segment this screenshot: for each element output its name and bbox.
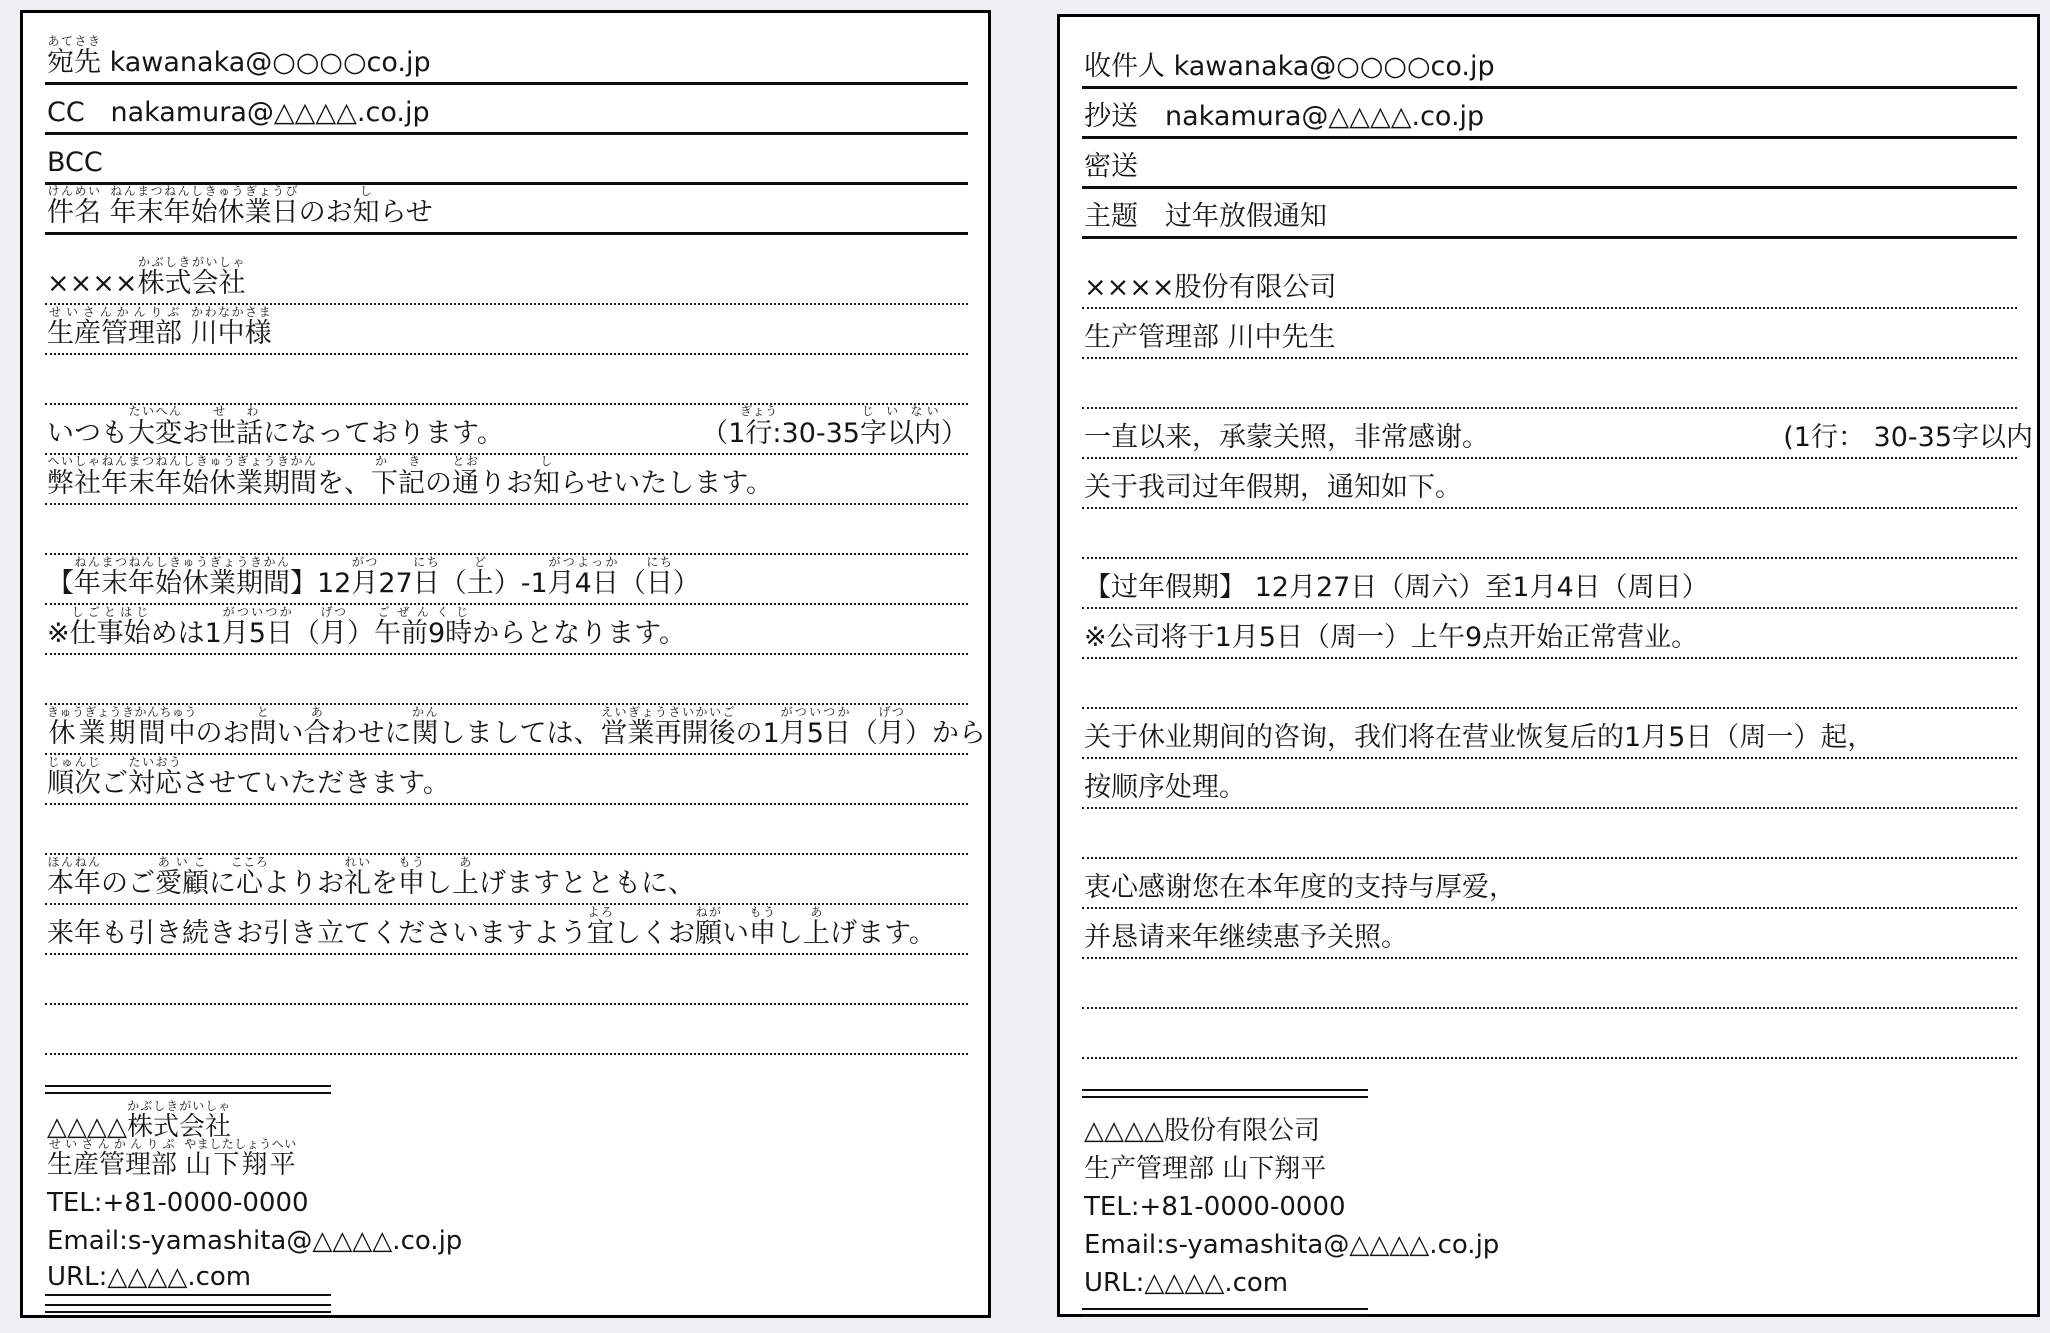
ruby-annotated-text: 問と — [250, 718, 277, 749]
body-line-text: 关于休业期间的咨询，我们将在营业恢复后的1月5日（周一）起， — [1084, 724, 1874, 752]
body-line-row: 并恳请来年继续惠予关照。 — [1082, 909, 2017, 959]
body-line-row: 【年末年始休業期間ねんまつねんしきゅうぎょうきかん】12月がつ27日にち（土ど）… — [45, 555, 968, 605]
body-line-text: 一直以来，承蒙关照，非常感谢。 — [1084, 424, 1489, 452]
text-segment: 关于休业期间的咨询，我们将在营业恢复后的1月5日（周一）起， — [1084, 722, 1874, 753]
signature-line: TEL:+81-0000-0000 — [1082, 1186, 1368, 1224]
ruby-annotated-text: 申もう — [398, 868, 425, 899]
ruby-annotated-text: 午前9時ごぜんくじ — [374, 618, 472, 649]
ruby-annotated-text: 月4日がつよっか — [548, 568, 619, 599]
ruby-annotated-text: 大変たいへん — [128, 418, 182, 449]
body-line-text: 并恳请来年继续惠予关照。 — [1084, 924, 1408, 952]
text-segment: 来年も引き続きお引き立てくださいますよう — [47, 918, 587, 949]
text-segment: し — [776, 918, 803, 949]
body-line-text: 弊社年末年始休業期間へいしゃねんまつねんしきゅうぎょうきかんを、下記か きの通と… — [47, 454, 773, 498]
signature-line: Email:s-yamashita@△△△△.co.jp — [1082, 1224, 1368, 1262]
ruby-annotated-text: 月5日がついつか — [222, 618, 293, 649]
japanese-signature-lines: △△△△株式会社かぶしきがいしゃ生産管理部せいさんかんりぶ 山下翔平やましたしょ… — [45, 1094, 331, 1304]
header-field-text: BCC — [47, 149, 103, 177]
ruby-annotated-text: 下記か き — [371, 468, 425, 499]
text-segment: URL:△△△△.com — [47, 1262, 251, 1292]
body-line-row: 【过年假期】 12月27日（周六）至1月4日（周日） — [1082, 559, 2017, 609]
empty-line-row — [1082, 959, 2017, 1009]
text-segment: い — [277, 718, 304, 749]
text-segment: 抄送 nakamura@△△△△.co.jp — [1084, 101, 1484, 132]
text-segment: のお — [196, 718, 250, 749]
ruby-annotated-text: 心こころ — [236, 868, 263, 899]
ruby-annotated-text: 株式会社かぶしきがいしゃ — [138, 268, 246, 299]
ruby-annotated-text: 月がつ — [351, 568, 378, 599]
signature-bottom-double-rule — [45, 1304, 331, 1313]
header-field-text: CC nakamura@△△△△.co.jp — [47, 99, 430, 127]
body-line-text: 衷心感谢您在本年度的支持与厚爱， — [1084, 874, 1516, 902]
text-segment: BCC — [47, 147, 103, 178]
text-segment: を、 — [317, 468, 371, 499]
body-line-row: いつも大変たいへんお世話せ わになっております。（1行ぎょう:30-35字以内じ… — [45, 405, 968, 455]
text-segment: （ — [293, 618, 320, 649]
signature-line: TEL:+81-0000-0000 — [45, 1182, 331, 1220]
signature-bottom-double-rule — [1082, 1308, 1368, 1317]
body-line-row: 来年も引き続きお引き立てくださいますよう宜よろしくお願ねがい申もうし上あげます。 — [45, 905, 968, 955]
japanese-signature-block: △△△△株式会社かぶしきがいしゃ生産管理部せいさんかんりぶ 山下翔平やましたしょ… — [45, 1085, 331, 1313]
ruby-annotated-text: 申もう — [749, 918, 776, 949]
signature-line-text: △△△△株式会社かぶしきがいしゃ — [47, 1099, 231, 1141]
ruby-annotated-text: 通とお — [452, 468, 479, 499]
text-segment: （ — [851, 718, 878, 749]
empty-line-row — [1082, 809, 2017, 859]
signature-line-text: 生産管理部せいさんかんりぶ 山下翔平やましたしょうへい — [47, 1137, 297, 1179]
ruby-annotated-text: 年末年始休業期間ねんまつねんしきゅうぎょうきかん — [74, 568, 290, 599]
ruby-annotated-text: 月げつ — [878, 718, 905, 749]
ruby-annotated-text: 順次じゅんじ — [47, 768, 101, 799]
signature-line-text: Email:s-yamashita@△△△△.co.jp — [47, 1228, 462, 1255]
text-segment: ） — [673, 568, 700, 599]
chinese-signature-block: △△△△股份有限公司生产管理部 山下翔平TEL:+81-0000-0000Ema… — [1082, 1089, 1368, 1317]
text-segment: 【 — [47, 568, 74, 599]
header-field-row: CC nakamura@△△△△.co.jp — [45, 85, 968, 135]
signature-line-text: TEL:+81-0000-0000 — [47, 1190, 309, 1217]
text-segment: Email:s-yamashita@△△△△.co.jp — [47, 1226, 462, 1256]
text-segment: させていただきます。 — [182, 768, 450, 799]
text-segment: ）-1 — [494, 568, 548, 599]
empty-line-row — [45, 505, 968, 555]
body-line-row: 衷心感谢您在本年度的支持与厚爱， — [1082, 859, 2017, 909]
ruby-annotated-text: 字以内じ い ない — [860, 418, 941, 449]
signature-top-double-rule — [1082, 1089, 1368, 1098]
body-line-row: 本年ほんねんのご愛顧あいこに心こころよりお礼れいを申もうし上あげますとともに、 — [45, 855, 968, 905]
body-line-text: 本年ほんねんのご愛顧あいこに心こころよりお礼れいを申もうし上あげますとともに、 — [47, 855, 695, 898]
header-field-text: 主题 过年放假通知 — [1084, 203, 1327, 231]
text-segment: わせに — [331, 718, 412, 749]
body-line-text: 关于我司过年假期，通知如下。 — [1084, 474, 1462, 502]
text-segment: い — [722, 918, 749, 949]
header-field-row: 抄送 nakamura@△△△△.co.jp — [1082, 89, 2017, 139]
body-line-row: 休業期間中きゅうぎょうきかんちゅうのお問とい合あわせに関かんしましては、営業再開… — [45, 705, 968, 755]
body-line-text: 【过年假期】 12月27日（周六）至1月4日（周日） — [1084, 574, 1709, 602]
text-segment: ××××股份有限公司 — [1084, 272, 1337, 303]
ruby-annotated-text: 上あ — [452, 868, 479, 899]
text-segment: :30-35 — [772, 418, 860, 449]
header-field-row: 件名けんめい 年末年始休業日ねんまつねんしきゅうぎょうびのお知しらせ — [45, 185, 968, 235]
text-segment: △△△△股份有限公司 — [1084, 1116, 1320, 1146]
ruby-annotated-text: 土ど — [467, 568, 494, 599]
ruby-annotated-text: 宛先あてさき — [47, 47, 101, 78]
text-segment: し — [425, 868, 452, 899]
ruby-annotated-text: 年末年始休業日ねんまつねんしきゅうぎょうび — [110, 197, 299, 228]
text-segment: Email:s-yamashita@△△△△.co.jp — [1084, 1230, 1499, 1260]
text-segment: 生产管理部 川中先生 — [1084, 322, 1336, 353]
text-segment: よりお — [263, 868, 344, 899]
ruby-annotated-text: 休業期間中きゅうぎょうきかんちゅう — [47, 718, 196, 749]
signature-line-text: Email:s-yamashita@△△△△.co.jp — [1084, 1232, 1499, 1259]
empty-line-row — [45, 655, 968, 705]
text-segment: ご — [101, 768, 128, 799]
empty-line-row — [45, 355, 968, 405]
empty-line-row — [45, 955, 968, 1005]
text-segment: ）から — [905, 718, 986, 749]
body-line-row: 关于我司过年假期，通知如下。 — [1082, 459, 2017, 509]
body-line-text: 生产管理部 川中先生 — [1084, 324, 1336, 352]
header-field-row: 收件人 kawanaka@○○○○co.jp — [1082, 17, 2017, 89]
line-length-annotation: (1行： 30-35字以内 — [1783, 424, 2033, 452]
ruby-annotated-text: 弊社年末年始休業期間へいしゃねんまつねんしきゅうぎょうきかん — [47, 468, 317, 499]
text-segment: （1 — [701, 418, 745, 449]
signature-line-text: URL:△△△△.com — [1084, 1270, 1288, 1297]
ruby-annotated-text: 件名けんめい — [47, 197, 101, 228]
ruby-annotated-text: 知し — [353, 197, 380, 228]
ruby-annotated-text: 日にち — [413, 568, 440, 599]
text-segment: しくお — [614, 918, 695, 949]
text-segment: 【过年假期】 12月27日（周六）至1月4日（周日） — [1084, 572, 1709, 603]
text-segment: ×××× — [47, 268, 138, 299]
text-segment: のご — [101, 868, 155, 899]
header-field-text: 密送 — [1084, 153, 1138, 181]
text-segment: げますとともに、 — [479, 868, 695, 899]
body-line-row: 一直以来，承蒙关照，非常感谢。(1行： 30-35字以内 — [1082, 409, 2017, 459]
signature-line: URL:△△△△.com — [1082, 1262, 1368, 1300]
ruby-annotated-text: 本年ほんねん — [47, 868, 101, 899]
body-line-row: ××××株式会社かぶしきがいしゃ — [45, 235, 968, 305]
ruby-annotated-text: 川中様かわなかさま — [191, 318, 272, 349]
document-canvas: 宛先あてさき kawanaka@○○○○co.jpCC nakamura@△△△… — [0, 0, 2050, 1333]
text-segment: げます。 — [830, 918, 936, 949]
ruby-annotated-text: 月げつ — [320, 618, 347, 649]
text-segment: の — [425, 468, 452, 499]
empty-line-row — [45, 1005, 968, 1055]
empty-line-row — [1082, 659, 2017, 709]
header-field-row: BCC — [45, 135, 968, 185]
body-line-row: 关于休业期间的咨询，我们将在营业恢复后的1月5日（周一）起， — [1082, 709, 2017, 759]
ruby-annotated-text: 上あ — [803, 918, 830, 949]
ruby-annotated-text: 宜よろ — [587, 918, 614, 949]
text-segment: のお — [299, 197, 353, 228]
body-line-text: いつも大変たいへんお世話せ わになっております。 — [47, 404, 504, 448]
text-segment: ） — [941, 418, 968, 449]
header-field-text: 收件人 kawanaka@○○○○co.jp — [1084, 53, 1495, 81]
header-field-text: 件名けんめい 年末年始休業日ねんまつねんしきゅうぎょうびのお知しらせ — [47, 184, 433, 227]
signature-line: Email:s-yamashita@△△△△.co.jp — [45, 1220, 331, 1258]
header-field-text: 抄送 nakamura@△△△△.co.jp — [1084, 103, 1484, 131]
body-line-text: 【年末年始休業期間ねんまつねんしきゅうぎょうきかん】12月がつ27日にち（土ど）… — [47, 555, 700, 598]
text-segment: 密送 — [1084, 151, 1138, 182]
text-segment: URL:△△△△.com — [1084, 1268, 1288, 1298]
text-segment: ※公司将于1月5日（周一）上午9点开始正常营业。 — [1084, 622, 1698, 653]
empty-line-row — [1082, 359, 2017, 409]
text-segment: 27 — [378, 568, 412, 599]
text-segment: 一直以来，承蒙关照，非常感谢。 — [1084, 422, 1489, 453]
signature-line: 生产管理部 山下翔平 — [1082, 1148, 1368, 1186]
text-segment: 按顺序处理。 — [1084, 772, 1246, 803]
text-segment — [101, 197, 110, 228]
body-line-row: 生産管理部せいさんかんりぶ 川中様かわなかさま — [45, 305, 968, 355]
text-segment: お — [182, 418, 209, 449]
body-line-text: 生産管理部せいさんかんりぶ 川中様かわなかさま — [47, 305, 272, 348]
signature-line-text: △△△△股份有限公司 — [1084, 1118, 1320, 1145]
signature-line-text: URL:△△△△.com — [47, 1264, 251, 1291]
header-field-row: 密送 — [1082, 139, 2017, 189]
ruby-annotated-text: 日にち — [646, 568, 673, 599]
text-segment: 并恳请来年继续惠予关照。 — [1084, 922, 1408, 953]
body-line-row: ※仕事始しごとはじめは1月5日がついつか（月げつ）午前9時ごぜんくじからとなりま… — [45, 605, 968, 655]
ruby-annotated-text: 礼れい — [344, 868, 371, 899]
signature-line-text: 生产管理部 山下翔平 — [1084, 1156, 1326, 1183]
body-line-row: 順次じゅんじご対応たいおうさせていただきます。 — [45, 755, 968, 805]
signature-line: URL:△△△△.com — [45, 1258, 331, 1296]
ruby-annotated-text: 仕事始しごとはじ — [70, 618, 151, 649]
ruby-annotated-text: 合あ — [304, 718, 331, 749]
signature-line: △△△△股份有限公司 — [1082, 1102, 1368, 1148]
text-segment: TEL:+81-0000-0000 — [47, 1188, 309, 1218]
text-segment: らせいたします。 — [560, 468, 773, 499]
text-segment: になっております。 — [263, 418, 504, 449]
japanese-email-template-panel: 宛先あてさき kawanaka@○○○○co.jpCC nakamura@△△△… — [20, 10, 991, 1318]
text-segment: TEL:+81-0000-0000 — [1084, 1192, 1346, 1222]
ruby-annotated-text: 関かん — [412, 718, 439, 749]
empty-line-row — [1082, 1009, 2017, 1059]
text-segment: （ — [440, 568, 467, 599]
chinese-email-lines: 收件人 kawanaka@○○○○co.jp抄送 nakamura@△△△△.c… — [1060, 17, 2037, 1059]
signature-top-double-rule — [45, 1085, 331, 1094]
chinese-email-template-panel: 收件人 kawanaka@○○○○co.jp抄送 nakamura@△△△△.c… — [1057, 14, 2040, 1317]
header-field-row: 宛先あてさき kawanaka@○○○○co.jp — [45, 13, 968, 85]
body-line-text: ××××株式会社かぶしきがいしゃ — [47, 255, 246, 298]
ruby-annotated-text: 生産管理部せいさんかんりぶ — [47, 1150, 177, 1180]
body-line-text: 順次じゅんじご対応たいおうさせていただきます。 — [47, 755, 450, 798]
empty-line-row — [1082, 509, 2017, 559]
body-line-row: ※公司将于1月5日（周一）上午9点开始正常营业。 — [1082, 609, 2017, 659]
text-segment: の1 — [736, 718, 780, 749]
text-segment: （ — [619, 568, 646, 599]
text-segment: めは1 — [151, 618, 222, 649]
text-segment: いつも — [47, 418, 128, 449]
body-line-text: 休業期間中きゅうぎょうきかんちゅうのお問とい合あわせに関かんしましては、営業再開… — [47, 705, 986, 748]
chinese-signature-lines: △△△△股份有限公司生产管理部 山下翔平TEL:+81-0000-0000Ema… — [1082, 1098, 1368, 1308]
empty-line-row — [45, 805, 968, 855]
ruby-annotated-text: 行ぎょう — [745, 418, 772, 449]
text-segment: しましては、 — [439, 718, 601, 749]
text-segment: りお — [479, 468, 533, 499]
body-line-text: ※仕事始しごとはじめは1月5日がついつか（月げつ）午前9時ごぜんくじからとなりま… — [47, 605, 686, 648]
text-segment: kawanaka@○○○○co.jp — [101, 47, 431, 78]
text-segment — [182, 318, 191, 349]
line-length-annotation: （1行ぎょう:30-35字以内じ い ない） — [701, 404, 968, 448]
body-line-row: 按顺序处理。 — [1082, 759, 2017, 809]
header-field-text: 宛先あてさき kawanaka@○○○○co.jp — [47, 34, 431, 77]
body-line-row: 生产管理部 川中先生 — [1082, 309, 2017, 359]
ruby-annotated-text: 対応たいおう — [128, 768, 182, 799]
body-line-row: 弊社年末年始休業期間へいしゃねんまつねんしきゅうぎょうきかんを、下記か きの通と… — [45, 455, 968, 505]
body-line-text: 来年も引き続きお引き立てくださいますよう宜よろしくお願ねがい申もうし上あげます。 — [47, 905, 936, 948]
text-segment: ） — [347, 618, 374, 649]
text-segment: ※ — [47, 618, 70, 649]
text-segment: 收件人 kawanaka@○○○○co.jp — [1084, 51, 1495, 82]
body-line-text: ※公司将于1月5日（周一）上午9点开始正常营业。 — [1084, 624, 1698, 652]
text-segment: 生产管理部 山下翔平 — [1084, 1154, 1326, 1184]
text-segment: からとなります。 — [472, 618, 686, 649]
ruby-annotated-text: 月5日がついつか — [780, 718, 851, 749]
header-field-row: 主题 过年放假通知 — [1082, 189, 2017, 239]
ruby-annotated-text: 願ねが — [695, 918, 722, 949]
text-segment: CC nakamura@△△△△.co.jp — [47, 97, 430, 128]
japanese-email-lines: 宛先あてさき kawanaka@○○○○co.jpCC nakamura@△△△… — [23, 13, 988, 1055]
body-line-text: 按顺序处理。 — [1084, 774, 1246, 802]
ruby-annotated-text: 知し — [533, 468, 560, 499]
body-line-row: ××××股份有限公司 — [1082, 239, 2017, 309]
ruby-annotated-text: 世話せ わ — [209, 418, 263, 449]
text-segment: 主题 过年放假通知 — [1084, 201, 1327, 232]
signature-line-text: TEL:+81-0000-0000 — [1084, 1194, 1346, 1221]
ruby-annotated-text: 営業再開後えいぎょうさいかいご — [601, 718, 736, 749]
ruby-annotated-text: 愛顧あいこ — [155, 868, 209, 899]
text-segment: (1行： 30-35字以内 — [1783, 422, 2033, 453]
ruby-annotated-text: 生産管理部せいさんかんりぶ — [47, 318, 182, 349]
text-segment: 】12 — [290, 568, 351, 599]
signature-line: 生産管理部せいさんかんりぶ 山下翔平やましたしょうへい — [45, 1144, 331, 1182]
text-segment: 衷心感谢您在本年度的支持与厚爱， — [1084, 872, 1516, 903]
body-line-text: ××××股份有限公司 — [1084, 274, 1337, 302]
text-segment: らせ — [380, 197, 433, 228]
text-segment: を — [371, 868, 398, 899]
text-segment: 关于我司过年假期，通知如下。 — [1084, 472, 1462, 503]
ruby-annotated-text: 山下翔平やましたしょうへい — [185, 1150, 296, 1180]
